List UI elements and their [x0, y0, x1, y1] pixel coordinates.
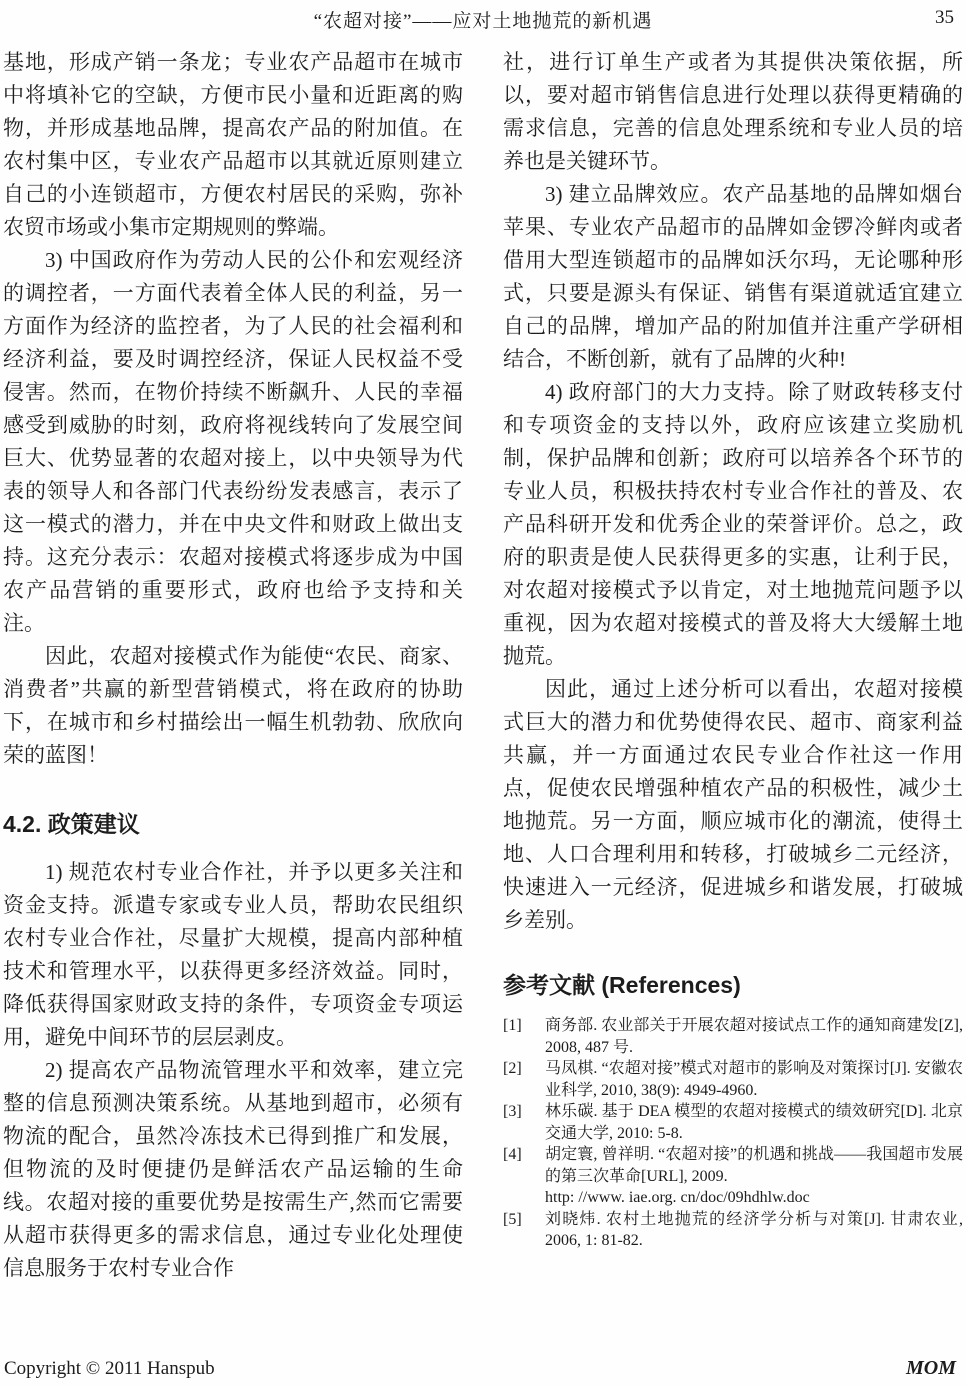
references-heading: 参考文献 (References): [503, 967, 963, 1000]
paragraph: 因此，通过上述分析可以看出，农超对接模式巨大的潜力和优势使得农民、超市、商家利益…: [503, 673, 963, 937]
reference-label: [3]: [503, 1101, 545, 1144]
paper-page: “农超对接”——应对土地抛荒的新机遇 35 基地，形成产销一条龙；专业农产品超市…: [0, 0, 966, 1386]
left-column: 基地，形成产销一条龙；专业农产品超市在城市中将填补它的空缺，方便市民小量和近距离…: [3, 46, 463, 1285]
paragraph: 2) 提高农产品物流管理水平和效率，建立完整的信息预测决策系统。从基地到超市，必…: [3, 1054, 463, 1285]
reference-text: 林乐碳. 基于 DEA 模型的农超对接模式的绩效研究[D]. 北京交通大学, 2…: [545, 1101, 963, 1144]
reference-citation: 胡定寰, 曾祥明. “农超对接”的机遇和挑战——我国超市发展的第三次革命[URL…: [545, 1144, 963, 1187]
reference-citation: 马凤棋. “农超对接”模式对超市的影响及对策探讨[J]. 安徽农业科学, 201…: [545, 1058, 963, 1101]
reference-text: 马凤棋. “农超对接”模式对超市的影响及对策探讨[J]. 安徽农业科学, 201…: [545, 1058, 963, 1101]
paragraph: 3) 中国政府作为劳动人民的公仆和宏观经济的调控者，一方面代表着全体人民的利益，…: [3, 244, 463, 640]
reference-citation: 商务部. 农业部关于开展农超对接试点工作的通知商建发[Z], 2008, 487…: [545, 1015, 963, 1058]
reference-citation: 林乐碳. 基于 DEA 模型的农超对接模式的绩效研究[D]. 北京交通大学, 2…: [545, 1101, 963, 1144]
paragraph: 3) 建立品牌效应。农产品基地的品牌如烟台苹果、专业农产品超市的品牌如金锣冷鲜肉…: [503, 178, 963, 376]
reference-item: [1] 商务部. 农业部关于开展农超对接试点工作的通知商建发[Z], 2008,…: [503, 1015, 963, 1058]
reference-url: http: //www. iae.org. cn/doc/09hdhlw.doc: [545, 1187, 963, 1209]
right-column: 社，进行订单生产或者为其提供决策依据，所以，要对超市销售信息进行处理以获得更精确…: [503, 46, 963, 1285]
reference-item: [5] 刘晓炜. 农村土地抛荒的经济学分析与对策[J]. 甘肃农业, 2006,…: [503, 1209, 963, 1252]
footer-copyright: Copyright © 2011 Hanspub: [4, 1358, 215, 1380]
running-title: “农超对接”——应对土地抛荒的新机遇: [0, 6, 966, 33]
two-column-body: 基地，形成产销一条龙；专业农产品超市在城市中将填补它的空缺，方便市民小量和近距离…: [3, 46, 963, 1285]
reference-citation: 刘晓炜. 农村土地抛荒的经济学分析与对策[J]. 甘肃农业, 2006, 1: …: [545, 1209, 963, 1252]
reference-label: [5]: [503, 1209, 545, 1252]
paragraph: 4) 政府部门的大力支持。除了财政转移支付和专项资金的支持以外，政府应该建立奖励…: [503, 376, 963, 673]
reference-text: 刘晓炜. 农村土地抛荒的经济学分析与对策[J]. 甘肃农业, 2006, 1: …: [545, 1209, 963, 1252]
section-heading-policy-advice: 4.2. 政策建议: [3, 806, 463, 839]
paragraph: 社，进行订单生产或者为其提供决策依据，所以，要对超市销售信息进行处理以获得更精确…: [503, 46, 963, 178]
reference-label: [2]: [503, 1058, 545, 1101]
reference-label: [1]: [503, 1015, 545, 1058]
reference-item: [3] 林乐碳. 基于 DEA 模型的农超对接模式的绩效研究[D]. 北京交通大…: [503, 1101, 963, 1144]
paragraph: 1) 规范农村专业合作社，并予以更多关注和资金支持。派遣专家或专业人员，帮助农民…: [3, 856, 463, 1054]
reference-text: 胡定寰, 曾祥明. “农超对接”的机遇和挑战——我国超市发展的第三次革命[URL…: [545, 1144, 963, 1209]
reference-item: [2] 马凤棋. “农超对接”模式对超市的影响及对策探讨[J]. 安徽农业科学,…: [503, 1058, 963, 1101]
page-number: 35: [935, 7, 954, 29]
paragraph: 因此，农超对接模式作为能使“农民、商家、消费者”共赢的新型营销模式，将在政府的协…: [3, 640, 463, 772]
reference-item: [4] 胡定寰, 曾祥明. “农超对接”的机遇和挑战——我国超市发展的第三次革命…: [503, 1144, 963, 1209]
journal-abbrev: MOM: [906, 1357, 956, 1380]
page-header: “农超对接”——应对土地抛荒的新机遇 35: [0, 6, 966, 36]
paragraph: 基地，形成产销一条龙；专业农产品超市在城市中将填补它的空缺，方便市民小量和近距离…: [3, 46, 463, 244]
reference-text: 商务部. 农业部关于开展农超对接试点工作的通知商建发[Z], 2008, 487…: [545, 1015, 963, 1058]
page-footer: Copyright © 2011 Hanspub MOM: [4, 1357, 956, 1380]
references-list: [1] 商务部. 农业部关于开展农超对接试点工作的通知商建发[Z], 2008,…: [503, 1015, 963, 1252]
reference-label: [4]: [503, 1144, 545, 1209]
